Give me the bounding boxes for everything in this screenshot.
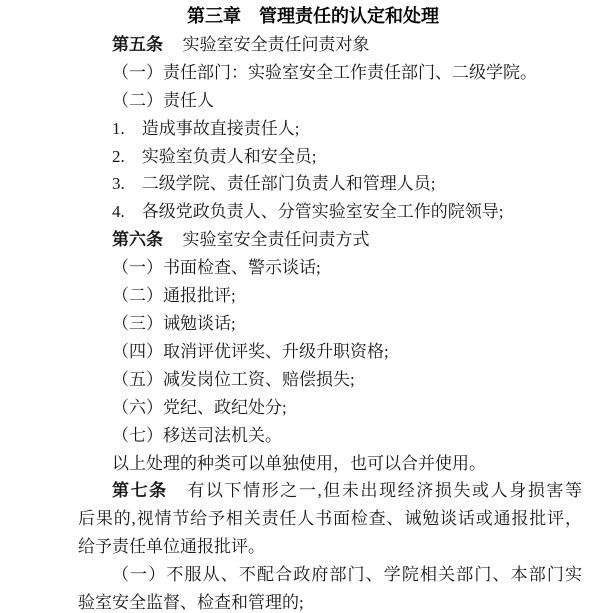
article-7-line-2: 后果的,视情节给予相关责任人书面检查、诫勉谈话或通报批评， [78,505,582,533]
article-6-item-4: （四）取消评优评奖、升级升职资格; [78,338,582,366]
article-7-line-1: 第七条有以下情形之一,但未出现经济损失或人身损害等 [78,477,582,505]
article-6-item-6: （六）党纪、政纪处分; [78,394,582,422]
article-7-label: 第七条 [112,481,168,500]
article-6-item-1: （一）书面检查、警示谈话; [78,254,582,282]
article-6-item-3: （三）诫勉谈话; [78,310,582,338]
article-7-item-line-2: 验室安全监督、检查和管理的; [78,589,582,613]
article-5-label: 第五条 [112,35,163,54]
chapter-heading: 第三章 管理责任的认定和处理 [78,3,548,31]
responsible-person-item-1: 1. 造成事故直接责任人; [78,115,582,143]
article-6-item-2: （二）通报批评; [78,282,582,310]
article-5-heading: 实验室安全责任问责对象 [183,35,370,54]
article-6-note: 以上处理的种类可以单独使用，也可以合并使用。 [78,450,582,478]
article-6-heading: 实验室安全责任问责方式 [183,230,370,249]
article-7-text-1: 有以下情形之一,但未出现经济损失或人身损害等 [187,481,582,500]
responsible-person-item-2: 2. 实验室负责人和安全员; [78,143,582,171]
article-5-heading-line: 第五条实验室安全责任问责对象 [78,31,582,59]
document-page: 第三章 管理责任的认定和处理 第五条实验室安全责任问责对象 （一）责任部门：实验… [0,0,592,613]
article-6-label: 第六条 [112,230,163,249]
responsible-person-item-3: 3. 二级学院、责任部门负责人和管理人员; [78,170,582,198]
responsible-person-item-4: 4. 各级党政负责人、分管实验室安全工作的院领导; [78,198,582,226]
article-7-item-line-1: （一）不服从、不配合政府部门、学院相关部门、本部门实 [78,561,582,589]
article-5-item-1: （一）责任部门：实验室安全工作责任部门、二级学院。 [78,59,582,87]
article-6-heading-line: 第六条实验室安全责任问责方式 [78,226,582,254]
article-6-item-7: （七）移送司法机关。 [78,422,582,450]
article-7-line-3: 给予责任单位通报批评。 [78,533,582,561]
article-6-item-5: （五）减发岗位工资、赔偿损失; [78,366,582,394]
article-5-item-2: （二）责任人 [78,87,582,115]
